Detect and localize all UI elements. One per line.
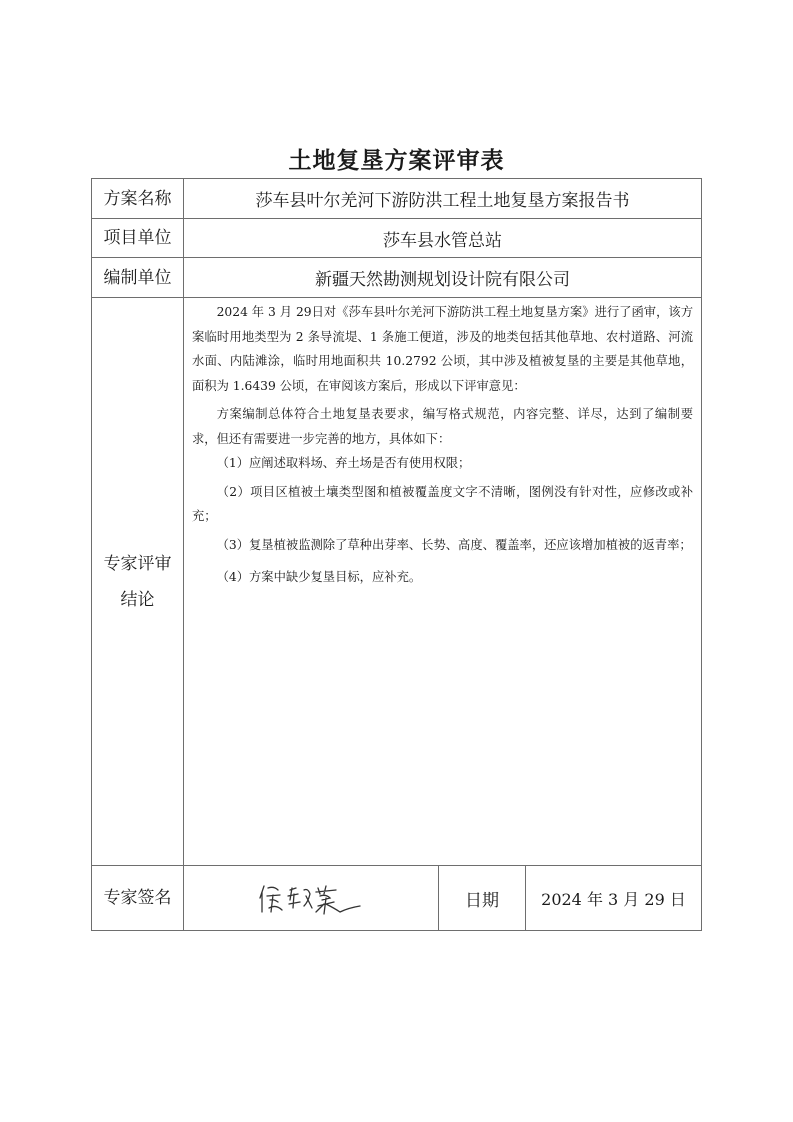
plan-name-label: 方案名称	[92, 179, 184, 218]
expert-conclusion-label: 专家评审 结论	[92, 298, 184, 865]
signature-cell	[184, 866, 439, 930]
expert-signature-label: 专家签名	[92, 866, 184, 930]
date-label: 日期	[439, 866, 526, 930]
plan-name-value: 莎车县叶尔羌河下游防洪工程土地复垦方案报告书	[184, 179, 701, 218]
conclusion-item: （1）应阐述取料场、弃土场是否有使用权限；	[192, 451, 693, 476]
conclusion-item: （3）复垦植被监测除了草种出芽率、长势、高度、覆盖率，还应该增加植被的返青率；	[192, 533, 693, 558]
row-signature: 专家签名 日期 2024 年 3 月 29 日	[92, 866, 701, 930]
row-project-unit: 项目单位 莎车县水管总站	[92, 219, 701, 258]
date-value: 2024 年 3 月 29 日	[526, 866, 701, 930]
compiling-unit-value: 新疆天然勘测规划设计院有限公司	[184, 258, 701, 297]
row-expert-conclusion: 专家评审 结论 2024 年 3 月 29日对《莎车县叶尔羌河下游防洪工程土地复…	[92, 298, 701, 866]
handwritten-signature-icon	[256, 878, 366, 918]
project-unit-label: 项目单位	[92, 219, 184, 257]
conclusion-item: （2）项目区植被土壤类型图和植被覆盖度文字不清晰，图例没有针对性，应修改或补充；	[192, 480, 693, 529]
conclusion-item: （4）方案中缺少复垦目标，应补充。	[192, 565, 693, 590]
compiling-unit-label: 编制单位	[92, 258, 184, 297]
expert-conclusion-label-line1: 专家评审	[104, 546, 172, 582]
project-unit-value: 莎车县水管总站	[184, 219, 701, 257]
row-compiling-unit: 编制单位 新疆天然勘测规划设计院有限公司	[92, 258, 701, 298]
document-title: 土地复垦方案评审表	[0, 142, 793, 175]
row-plan-name: 方案名称 莎车县叶尔羌河下游防洪工程土地复垦方案报告书	[92, 179, 701, 219]
review-table: 方案名称 莎车县叶尔羌河下游防洪工程土地复垦方案报告书 项目单位 莎车县水管总站…	[91, 178, 702, 931]
conclusion-paragraph: 2024 年 3 月 29日对《莎车县叶尔羌河下游防洪工程土地复垦方案》进行了函…	[192, 300, 693, 398]
conclusion-paragraph: 方案编制总体符合土地复垦表要求，编写格式规范，内容完整、详尽，达到了编制要求，但…	[192, 402, 693, 451]
expert-conclusion-text: 2024 年 3 月 29日对《莎车县叶尔羌河下游防洪工程土地复垦方案》进行了函…	[184, 298, 701, 865]
expert-conclusion-label-line2: 结论	[121, 582, 155, 618]
